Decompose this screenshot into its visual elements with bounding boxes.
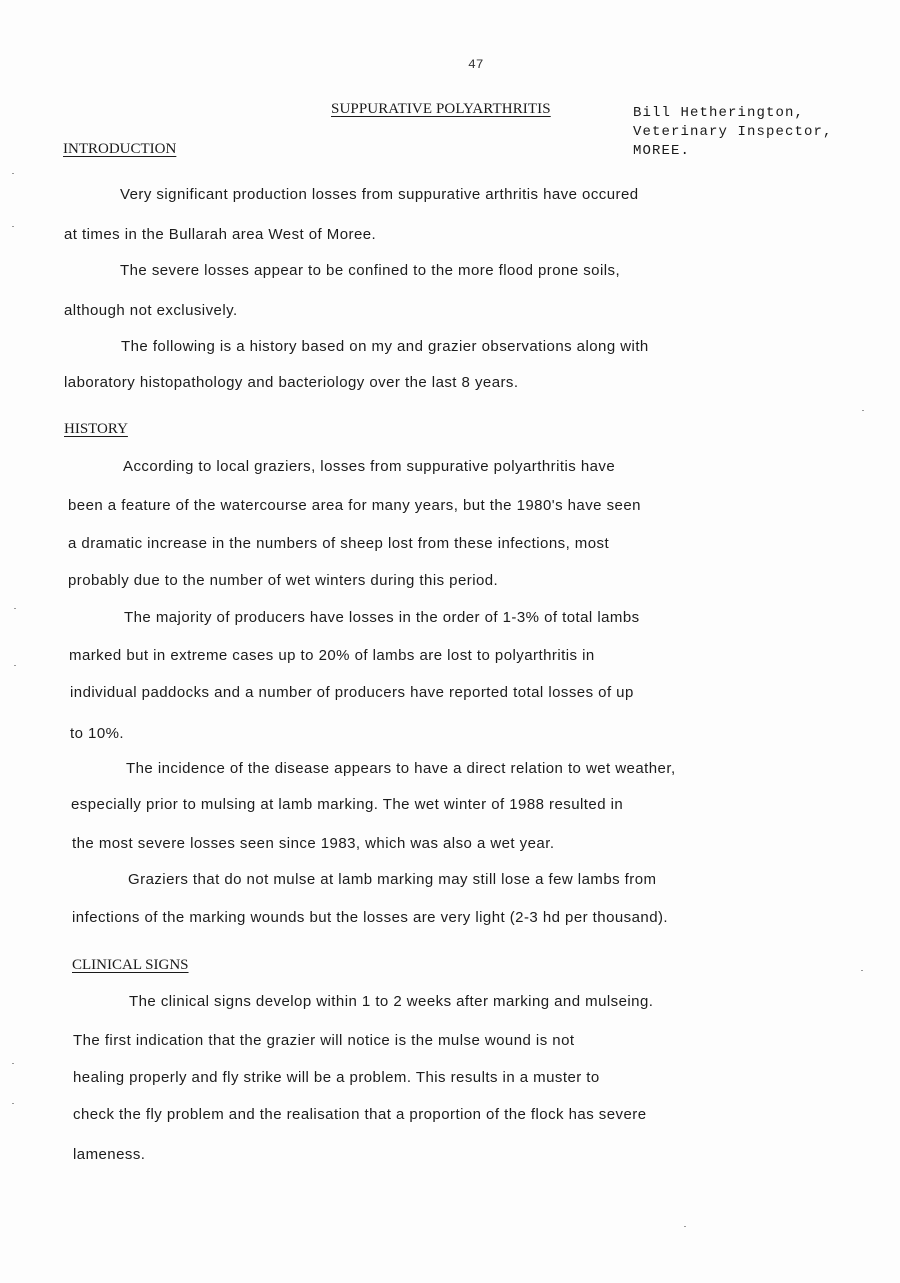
paragraph-line: laboratory histopathology and bacteriolo… <box>64 374 519 391</box>
paragraph-line: The incidence of the disease appears to … <box>126 760 676 777</box>
scan-speck <box>862 410 864 411</box>
paragraph-line: check the fly problem and the realisatio… <box>73 1106 647 1123</box>
scan-speck <box>12 1063 14 1064</box>
section-heading-introduction: INTRODUCTION <box>63 141 176 158</box>
paragraph-line: probably due to the number of wet winter… <box>68 572 498 589</box>
paragraph-line: The majority of producers have losses in… <box>124 609 640 626</box>
document-page: 47 SUPPURATIVE POLYARTHRITIS Bill Hether… <box>0 0 900 1283</box>
paragraph-line: The first indication that the grazier wi… <box>73 1032 574 1049</box>
paragraph-line: Very significant production losses from … <box>120 186 639 203</box>
paragraph-line: infections of the marking wounds but the… <box>72 909 668 926</box>
page-number: 47 <box>468 57 484 72</box>
scan-speck <box>12 1103 14 1104</box>
paragraph-line: the most severe losses seen since 1983, … <box>72 835 554 852</box>
paragraph-line: Graziers that do not mulse at lamb marki… <box>128 871 656 888</box>
document-title: SUPPURATIVE POLYARTHRITIS <box>331 101 551 118</box>
paragraph-line: The following is a history based on my a… <box>121 338 649 355</box>
paragraph-line: healing properly and fly strike will be … <box>73 1069 600 1086</box>
scan-speck <box>684 1226 686 1227</box>
paragraph-line: to 10%. <box>70 725 124 742</box>
paragraph-line: The severe losses appear to be confined … <box>120 262 620 279</box>
paragraph-line: individual paddocks and a number of prod… <box>70 684 634 701</box>
scan-speck <box>861 970 863 971</box>
scan-speck <box>12 173 14 174</box>
paragraph-line: although not exclusively. <box>64 302 238 319</box>
paragraph-line: The clinical signs develop within 1 to 2… <box>129 993 653 1010</box>
author-block: Bill Hetherington, Veterinary Inspector,… <box>633 104 833 161</box>
paragraph-line: According to local graziers, losses from… <box>123 458 615 475</box>
paragraph-line: especially prior to mulsing at lamb mark… <box>71 796 623 813</box>
author-role: Veterinary Inspector, <box>633 123 833 142</box>
paragraph-line: a dramatic increase in the numbers of sh… <box>68 535 609 552</box>
paragraph-line: lameness. <box>73 1146 145 1163</box>
section-heading-clinical-signs: CLINICAL SIGNS <box>72 957 189 974</box>
scan-speck <box>12 226 14 227</box>
author-name: Bill Hetherington, <box>633 104 833 123</box>
scan-speck <box>14 665 16 666</box>
scan-speck <box>14 608 16 609</box>
paragraph-line: at times in the Bullarah area West of Mo… <box>64 226 376 243</box>
paragraph-line: marked but in extreme cases up to 20% of… <box>69 647 595 664</box>
paragraph-line: been a feature of the watercourse area f… <box>68 497 641 514</box>
author-location: MOREE. <box>633 142 833 161</box>
section-heading-history: HISTORY <box>64 421 128 438</box>
